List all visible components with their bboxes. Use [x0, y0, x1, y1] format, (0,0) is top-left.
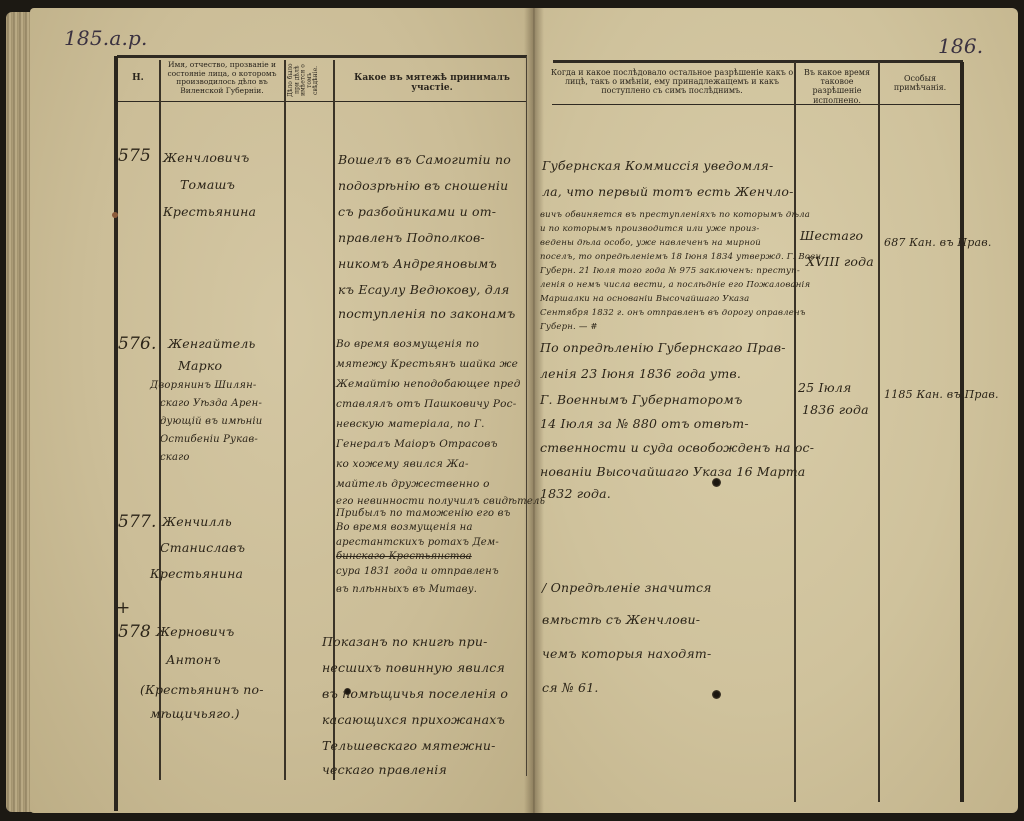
- entry-number: 576.: [118, 334, 157, 354]
- right-border-rule: [960, 62, 964, 802]
- participation-line-struck: бинскаго Крестьянства: [336, 551, 472, 562]
- right-page: [534, 8, 1018, 813]
- participation-line: Показанъ по книгѣ при-: [322, 634, 488, 649]
- participation-line: его невинности получилъ свидѣтель: [336, 496, 545, 507]
- entry-name-line: скаго Уѣзда Арен-: [160, 398, 262, 409]
- header-number: Н.: [118, 73, 158, 83]
- resolution-line: 1832 года.: [540, 486, 611, 501]
- entry-number: 578: [118, 622, 151, 642]
- entry-name-line: (Крестьянинъ по-: [140, 682, 264, 697]
- participation-line: Прибылъ по таможенію его въ: [336, 508, 511, 519]
- resolution-line: вичъ обвиняется въ преступленіяхъ по кот…: [540, 210, 810, 220]
- entry-name-line: дующій въ имѣніи: [160, 416, 262, 427]
- participation-line: ческаго правленія: [322, 762, 447, 777]
- resolution-line: ла, что первый тотъ есть Женчло-: [542, 184, 794, 199]
- binding-hole: [712, 478, 721, 487]
- header-notes: Особыя примѣчанія.: [881, 74, 959, 92]
- entry-mark: +: [116, 598, 130, 618]
- participation-line: невскую матеріала, по Г.: [336, 418, 485, 430]
- resolution-line: Губернская Коммиссія уведомля-: [542, 158, 773, 173]
- resolution-line: вмѣстѣ съ Женчлови-: [542, 612, 700, 627]
- entry-name-line: Марко: [178, 358, 222, 373]
- entry-name-line: Станиславъ: [160, 540, 245, 555]
- header-case: Дѣло было при дѣлѣ имѣется о томъ свѣдѣн…: [288, 60, 330, 100]
- entry-name-line: Крестьянина: [150, 566, 243, 581]
- participation-line: ставлялъ отъ Пашковичу Рос-: [336, 398, 517, 410]
- resolution-line: Сентября 1832 г. онъ отправленъ въ дорог…: [540, 308, 806, 318]
- entry-number: 575: [118, 146, 151, 166]
- binding-hole: [712, 690, 721, 699]
- executed-date-line: 1836 года: [802, 402, 869, 417]
- resolution-line: ленія 23 Іюня 1836 года утв.: [540, 366, 741, 381]
- participation-line: Жемайтію неподобающее пред: [336, 378, 521, 390]
- entry-note: 1185 Кан. въ Прав.: [884, 388, 999, 401]
- entry-name-line: скаго: [160, 452, 190, 463]
- resolution-line: ственности и суда освобожденъ на ос-: [540, 440, 814, 455]
- participation-line: въ плѣнныхъ въ Митаву.: [336, 584, 477, 595]
- participation-line: никомъ Андреяновымъ: [338, 256, 497, 271]
- participation-line: съ разбойниками и от-: [338, 204, 496, 219]
- resolution-line: нованіи Высочайшаго Указа 16 Марта: [540, 464, 805, 479]
- participation-line: правленъ Подполков-: [338, 230, 485, 245]
- resolution-line: По опредѣленію Губернскаго Прав-: [540, 340, 786, 355]
- rule-after-resolution: [794, 62, 796, 802]
- rule-after-executed: [878, 62, 880, 802]
- participation-line: касающихся прихожанахъ: [322, 712, 505, 727]
- participation-line: ко хожему явился Жа-: [336, 458, 469, 470]
- resolution-line: Маршалки на основаніи Высочайшаго Указа: [540, 294, 749, 304]
- executed-date-line: Шестаго: [800, 228, 863, 243]
- participation-line: мятежу Крестьянъ шайка же: [336, 358, 518, 370]
- entry-name-line: Женчилль: [162, 514, 232, 529]
- left-border-rule: [114, 56, 118, 811]
- header-name: Имя, отчество, прозваніе и состояніе лиц…: [162, 61, 282, 96]
- participation-line: несшихъ повинную явился: [322, 660, 505, 675]
- executed-date-line: XVIII года: [806, 254, 874, 269]
- header-bottom-rule: [117, 101, 527, 102]
- participation-line: Тельшевскаго мятежни-: [322, 738, 496, 753]
- header-bottom-rule-right: [552, 104, 962, 105]
- header-resolution: Когда и какое послѣдовало остальное разр…: [550, 68, 794, 96]
- entry-name-line: Женчловичъ: [163, 150, 249, 165]
- executed-date-line: 25 Іюля: [798, 380, 851, 395]
- book-gutter: [524, 8, 544, 813]
- resolution-line: 14 Іюля за № 880 отъ отвѣт-: [540, 416, 749, 431]
- entry-name-line: Антонъ: [166, 652, 221, 667]
- resolution-line: ведены дѣла особо, уже навлеченъ на мирн…: [540, 238, 761, 248]
- participation-line: Во время возмущенія на: [336, 522, 473, 533]
- participation-line: майтель дружественно о: [336, 478, 490, 490]
- participation-line: сура 1831 года и отправленъ: [336, 566, 499, 577]
- ink-dot: [112, 212, 118, 218]
- resolution-line: / Опредѣленіе значится: [542, 580, 712, 595]
- folio-note-left: 185.а.р.: [64, 26, 148, 50]
- folio-number-right: 186.: [938, 34, 983, 58]
- entry-note: 687 Кан. въ Прав.: [884, 236, 992, 249]
- participation-line: арестантскихъ ротахъ Дем-: [336, 537, 499, 548]
- header-executed: Въ какое время таковое разрѣшеніе исполн…: [797, 68, 877, 105]
- rule-after-name: [284, 60, 286, 780]
- participation-line: Во время возмущенія по: [336, 338, 479, 350]
- participation-line: Генералъ Маіоръ Отрасовъ: [336, 438, 498, 450]
- participation-line: поступленія по законамъ: [338, 306, 515, 321]
- entry-name-line: мѣщичьяго.): [150, 706, 240, 721]
- resolution-line: и по которымъ производится или уже произ…: [540, 224, 759, 234]
- header-participation: Какое въ мятежѣ принималъ участіе.: [338, 73, 526, 94]
- entry-number: 577.: [118, 512, 157, 532]
- participation-line: подозрѣнію въ сношеніи: [338, 178, 508, 193]
- entry-name-line: Женгайтель: [168, 336, 256, 351]
- resolution-line: Г. Военнымъ Губернаторомъ: [540, 392, 743, 407]
- resolution-line: Губерн. 21 Іюля того года № 975 заключен…: [540, 266, 800, 276]
- entry-name-line: Томашъ: [180, 177, 235, 192]
- resolution-line: Губерн. — #: [540, 322, 598, 332]
- resolution-line: поселъ, то опредѣленіемъ 18 Іюня 1834 ут…: [540, 252, 824, 262]
- entry-name-line: Жерновичъ: [156, 624, 234, 639]
- entry-name-line: Крестьянина: [163, 204, 256, 219]
- binding-hole: [344, 688, 351, 695]
- resolution-line: ленія о немъ числа вести, а послѣдніе ег…: [540, 280, 810, 290]
- entry-name-line: Дворянинъ Шилян-: [150, 380, 256, 391]
- participation-line: Вошелъ въ Самогитіи по: [338, 152, 511, 167]
- header-top-rule: [117, 55, 527, 58]
- entry-name-line: Остибеніи Рукав-: [160, 434, 258, 445]
- resolution-line: чемъ которыя находят-: [542, 646, 711, 661]
- rule-right-edge-left: [526, 56, 527, 776]
- header-top-rule-right: [553, 60, 963, 63]
- resolution-line: ся № 61.: [542, 680, 599, 695]
- book-spread: 185.а.р. 186. Н. Имя, отчество, прозвані…: [0, 0, 1024, 821]
- participation-line: къ Есаулу Ведюкову, для: [338, 282, 510, 297]
